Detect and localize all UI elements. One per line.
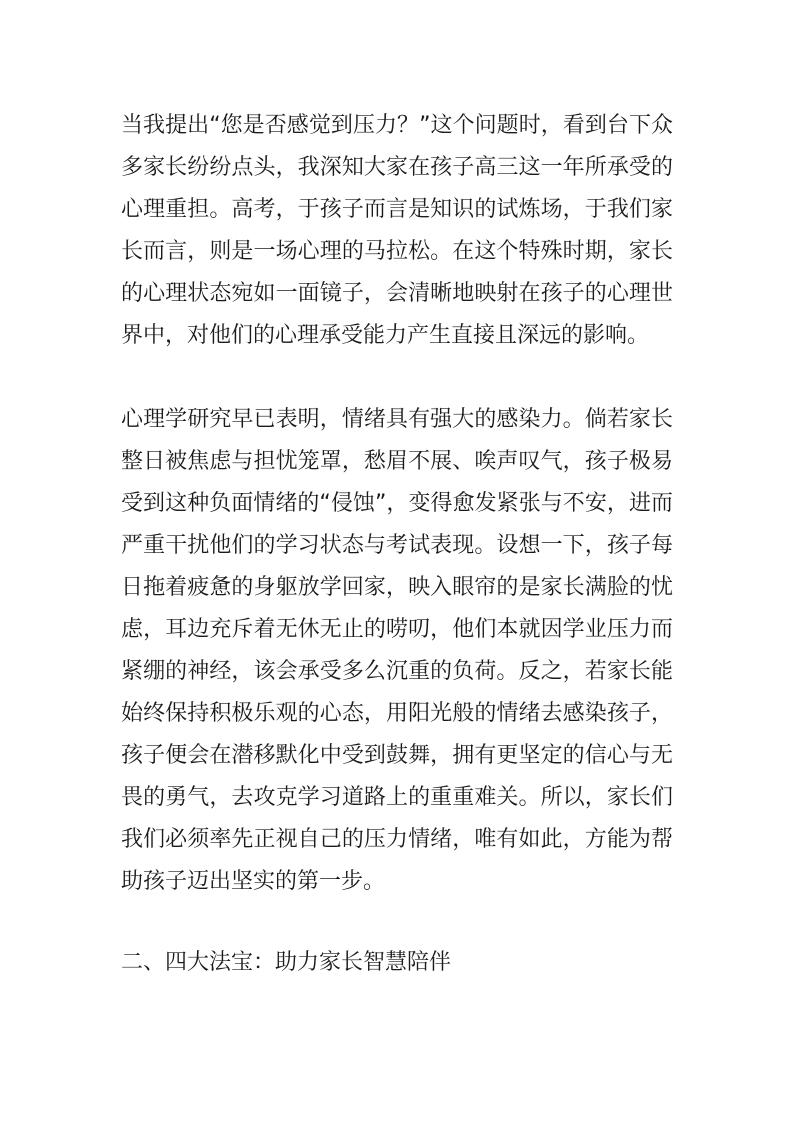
text-line: 虑，耳边充斥着无休无止的唠叨，他们本就因学业压力而 bbox=[121, 609, 673, 651]
section-heading: 二、四大法宝：助力家长智慧陪伴 bbox=[121, 942, 673, 984]
text-line: 当我提出“您是否感觉到压力？”这个问题时，看到台下众 bbox=[121, 105, 673, 147]
text-line: 的心理状态宛如一面镜子，会清晰地映射在孩子的心理世 bbox=[121, 273, 673, 315]
text-line: 我们必须率先正视自己的压力情绪，唯有如此，方能为帮 bbox=[121, 819, 673, 861]
text-line: 助孩子迈出坚实的第一步。 bbox=[121, 861, 673, 903]
text-line: 受到这种负面情绪的“侵蚀”，变得愈发紧张与不安，进而 bbox=[121, 483, 673, 525]
paragraph-parent-pressure: 当我提出“您是否感觉到压力？”这个问题时，看到台下众 多家长纷纷点头，我深知大家… bbox=[121, 105, 673, 357]
paragraph-emotional-contagion: 心理学研究早已表明，情绪具有强大的感染力。倘若家长 整日被焦虑与担忧笼罩，愁眉不… bbox=[121, 399, 673, 903]
text-line: 畏的勇气，去攻克学习道路上的重重难关。所以，家长们 bbox=[121, 777, 673, 819]
text-line: 孩子便会在潜移默化中受到鼓舞，拥有更坚定的信心与无 bbox=[121, 735, 673, 777]
text-line: 整日被焦虑与担忧笼罩，愁眉不展、唉声叹气，孩子极易 bbox=[121, 441, 673, 483]
text-line: 严重干扰他们的学习状态与考试表现。设想一下，孩子每 bbox=[121, 525, 673, 567]
text-line: 多家长纷纷点头，我深知大家在孩子高三这一年所承受的 bbox=[121, 147, 673, 189]
text-line: 界中，对他们的心理承受能力产生直接且深远的影响。 bbox=[121, 315, 673, 357]
text-line: 紧绷的神经，该会承受多么沉重的负荷。反之，若家长能 bbox=[121, 651, 673, 693]
text-line: 长而言，则是一场心理的马拉松。在这个特殊时期，家长 bbox=[121, 231, 673, 273]
text-line: 心理学研究早已表明，情绪具有强大的感染力。倘若家长 bbox=[121, 399, 673, 441]
document-page: 当我提出“您是否感觉到压力？”这个问题时，看到台下众 多家长纷纷点头，我深知大家… bbox=[0, 0, 793, 1122]
text-line: 日拖着疲惫的身躯放学回家，映入眼帘的是家长满脸的忧 bbox=[121, 567, 673, 609]
text-line: 始终保持积极乐观的心态，用阳光般的情绪去感染孩子， bbox=[121, 693, 673, 735]
text-line: 心理重担。高考，于孩子而言是知识的试炼场，于我们家 bbox=[121, 189, 673, 231]
section-heading-text: 二、四大法宝：助力家长智慧陪伴 bbox=[121, 942, 673, 984]
